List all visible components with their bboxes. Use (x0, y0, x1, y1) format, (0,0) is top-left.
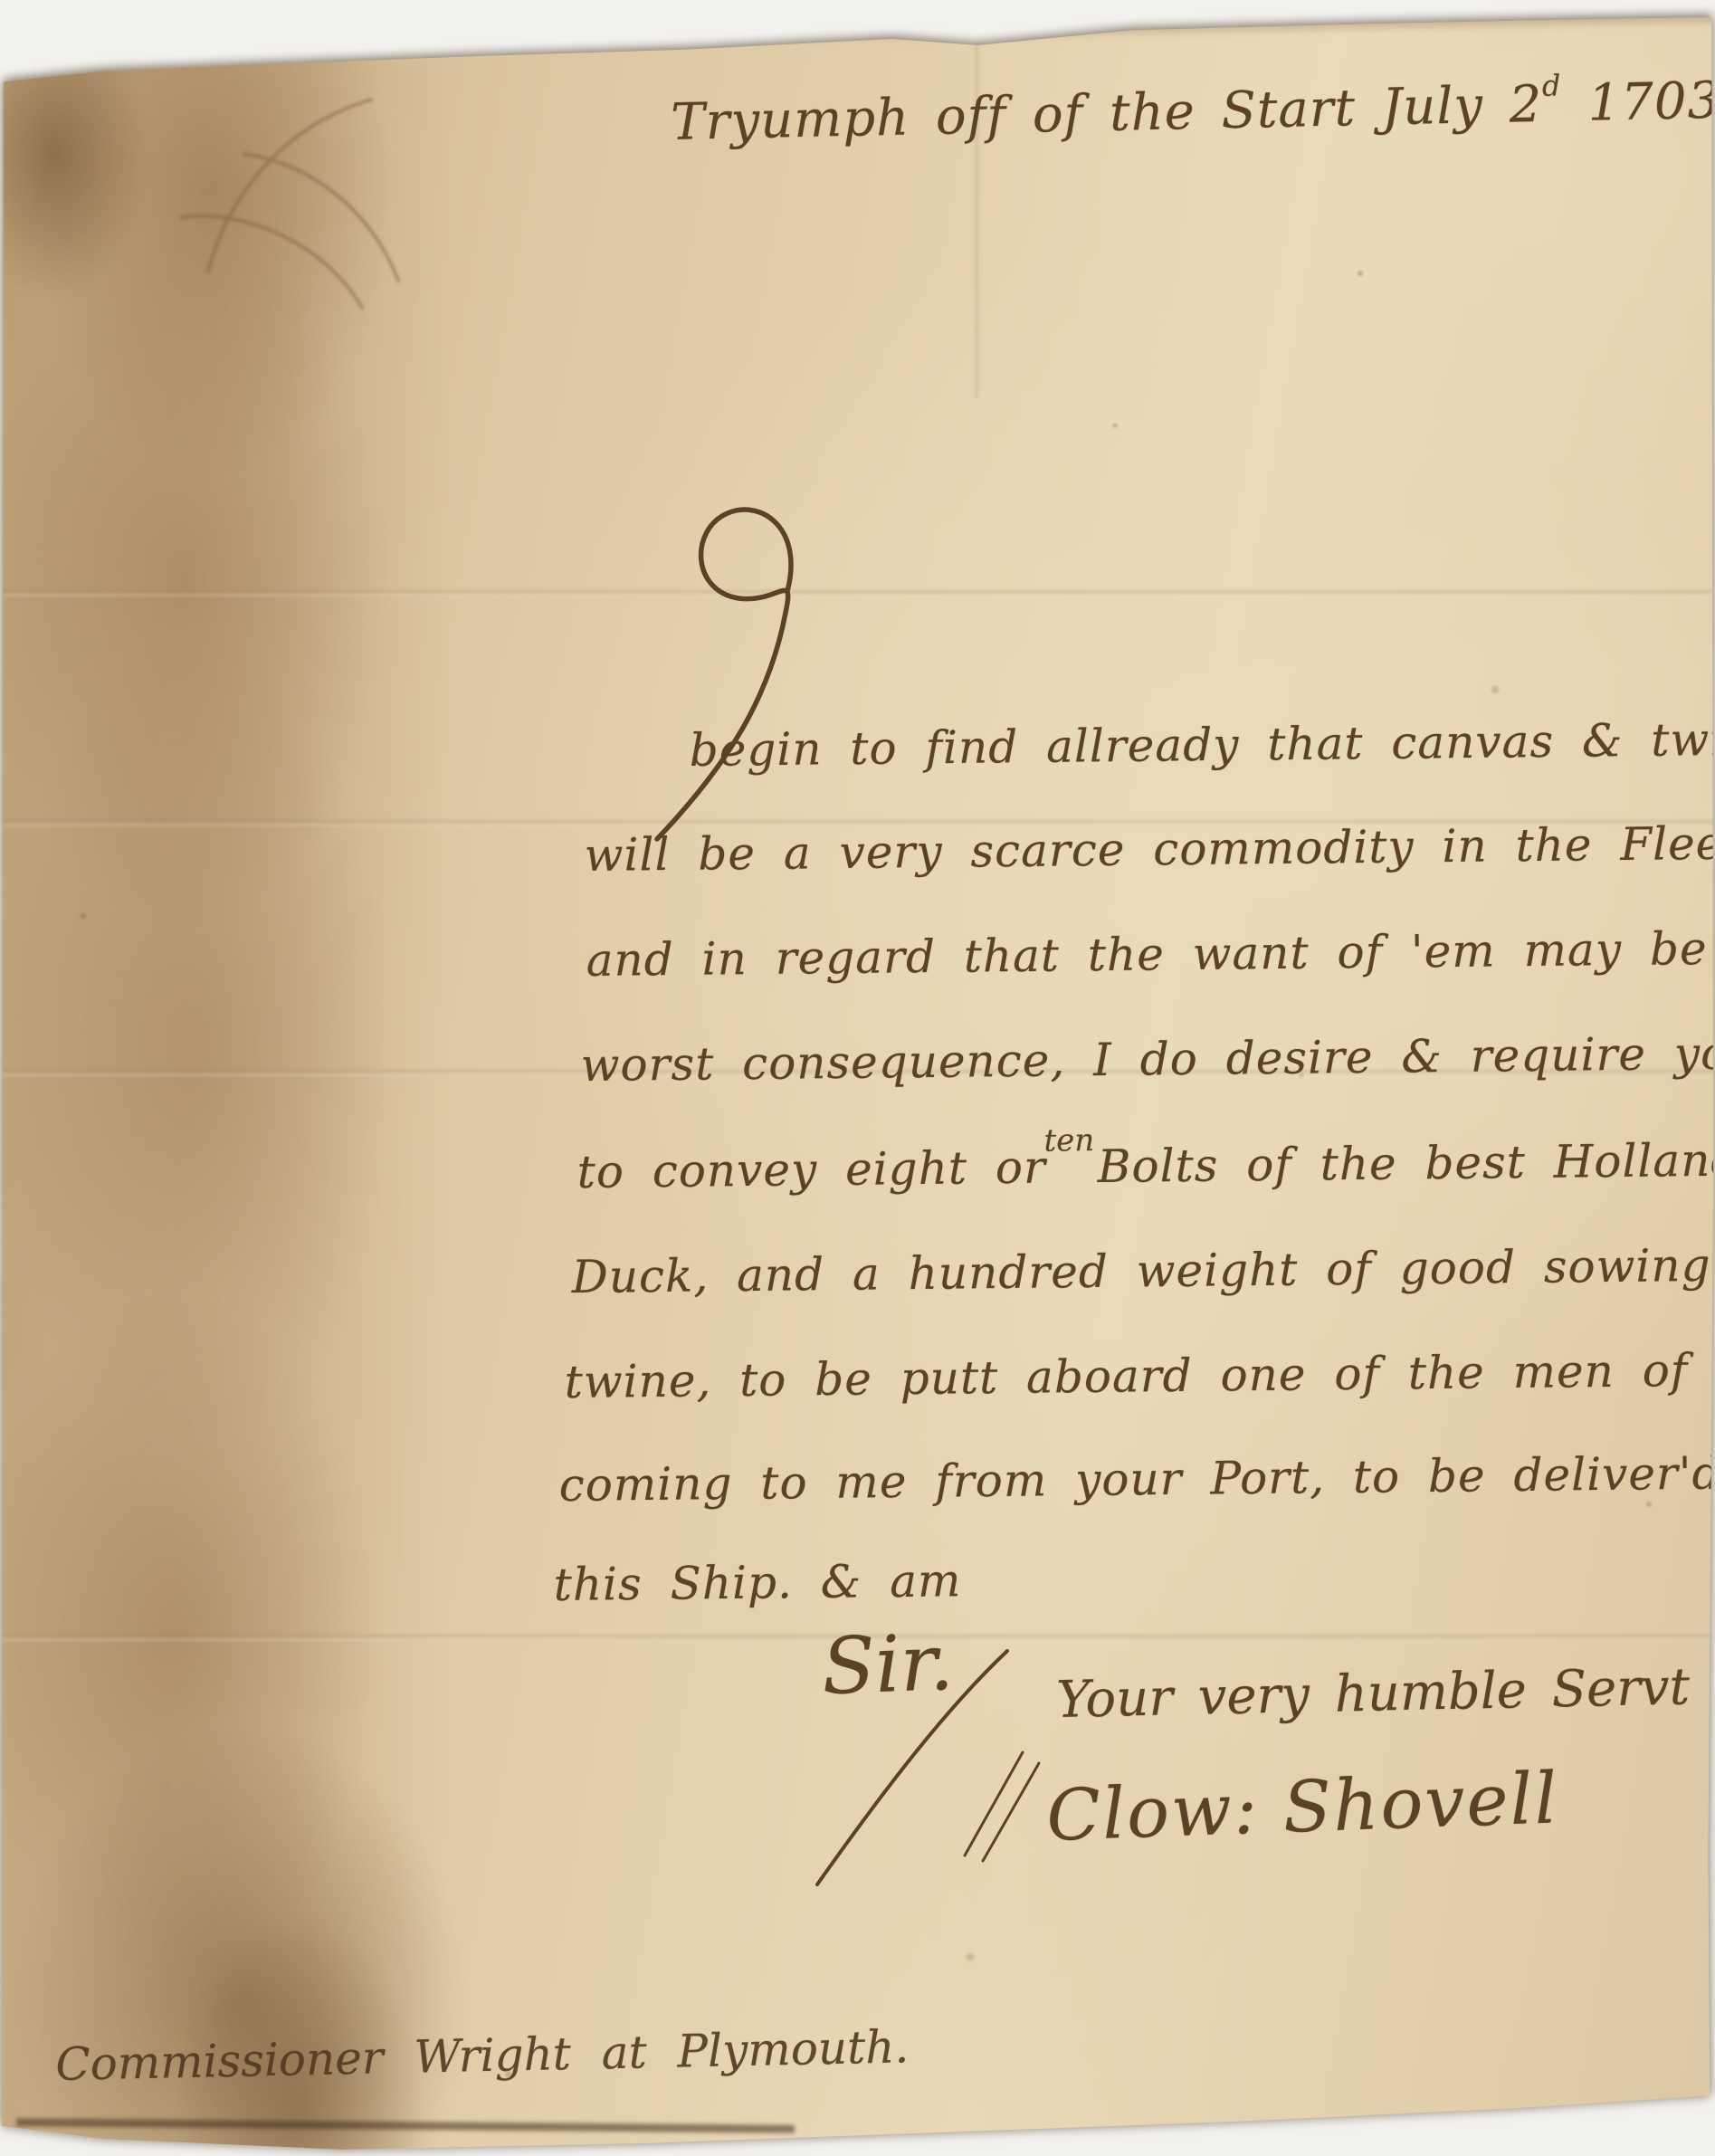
dateline-superscript: d (1541, 68, 1561, 102)
signature-flourish (952, 1740, 1052, 1866)
dateline-year: 1703. (1561, 71, 1715, 133)
scanned-letter: Tryumph off of the Start July 2d 1703. I… (0, 0, 1715, 2156)
paper-shadow: Tryumph off of the Start July 2d 1703. I… (0, 0, 1715, 2156)
ink-bleedthrough-marks (100, 72, 480, 326)
body-line-1: begin to find allready that canvas & twi… (689, 712, 1715, 777)
salutation: Sir. (821, 1617, 956, 1712)
inserted-word: ten (1043, 1122, 1094, 1159)
body-line-9: this Ship. & am (553, 1554, 961, 1611)
letter-paper: Tryumph off of the Start July 2d 1703. I… (0, 0, 1715, 2156)
body-line-5-suffix: Bolts of the best Hollands (1070, 1133, 1715, 1193)
body-line-5-prefix: to convey eight or (576, 1141, 1046, 1198)
fold-crease (0, 590, 1715, 596)
drop-cap-flourish: I (626, 493, 816, 846)
